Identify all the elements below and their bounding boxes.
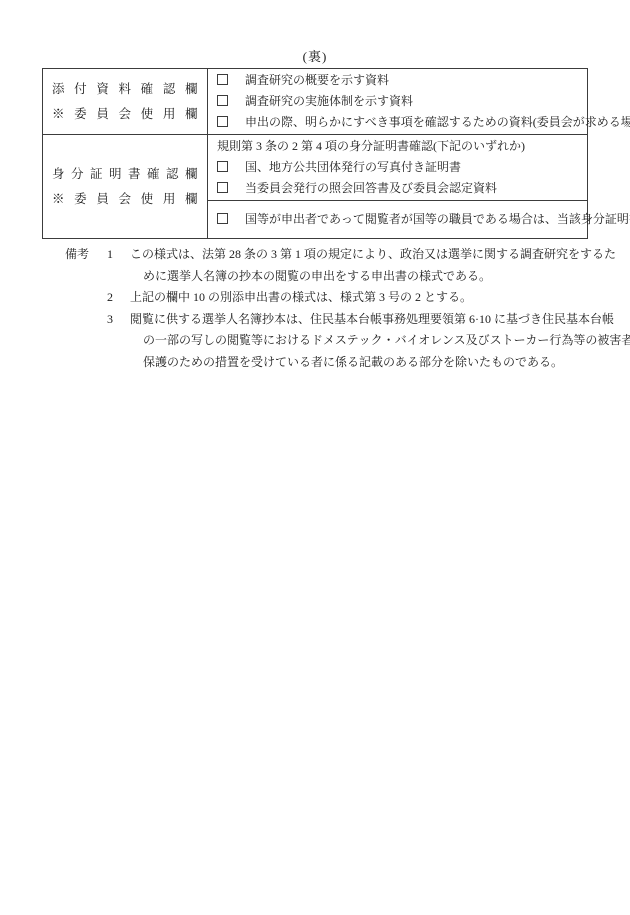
note-line: 上記の欄中 10 の別添申出書の様式は、様式第 3 号の 2 とする。 <box>130 287 472 309</box>
note-line: めに選挙人名簿の抄本の閲覧の申出をする申出書の様式である。 <box>130 266 616 288</box>
id-header-cell: 身 分 証 明 書 確 認 欄 ※ 委 員 会 使 用 欄 <box>43 135 208 239</box>
note-line: 閲覧に供する選挙人名簿抄本は、住民基本台帳事務処理要領第 6·10 に基づき住民… <box>130 309 630 331</box>
note-line: この様式は、法第 28 条の 3 第 1 項の規定により、政治又は選挙に関する調… <box>130 244 616 266</box>
attachment-header-line2: ※ 委 員 会 使 用 欄 <box>52 102 198 127</box>
checkbox-row: 調査研究の実施体制を示す資料 <box>217 91 581 112</box>
note-item-2: 2 上記の欄中 10 の別添申出書の様式は、様式第 3 号の 2 とする。 <box>107 287 630 309</box>
checkbox-row: 国、地方公共団体発行の写真付き証明書 <box>217 157 581 178</box>
checkbox-row: 申出の際、明らかにすべき事項を確認するための資料(委員会が求める場合) <box>217 112 581 133</box>
checkbox-label: 当委員会発行の照会回答書及び委員会認定資料 <box>245 181 497 195</box>
note-item-3: 3 閲覧に供する選挙人名簿抄本は、住民基本台帳事務処理要領第 6·10 に基づき… <box>107 309 630 374</box>
checkbox-label: 国、地方公共団体発行の写真付き証明書 <box>245 160 461 174</box>
note-text: この様式は、法第 28 条の 3 第 1 項の規定により、政治又は選挙に関する調… <box>130 244 616 287</box>
notes-items: 1 この様式は、法第 28 条の 3 第 1 項の規定により、政治又は選挙に関す… <box>107 244 630 373</box>
note-line: の一部の写しの閲覧等におけるドメステック・バイオレンス及びストーカー行為等の被害… <box>130 330 630 352</box>
note-text: 上記の欄中 10 の別添申出書の様式は、様式第 3 号の 2 とする。 <box>130 287 472 309</box>
id-caption: 規則第 3 条の 2 第 4 項の身分証明書確認(下記のいずれか) <box>217 136 581 157</box>
id-header-line2: ※ 委 員 会 使 用 欄 <box>52 187 198 212</box>
checkbox-label: 調査研究の概要を示す資料 <box>245 73 389 87</box>
id-items-upper-cell: 規則第 3 条の 2 第 4 項の身分証明書確認(下記のいずれか) 国、地方公共… <box>208 135 588 201</box>
note-number: 3 <box>107 309 130 331</box>
notes-label: 備考 <box>65 244 107 266</box>
id-items-lower-cell: 国等が申出者であって閲覧者が国等の職員である場合は、当該身分証明書 <box>208 201 588 239</box>
note-number: 1 <box>107 244 130 266</box>
note-number: 2 <box>107 287 130 309</box>
attachment-header-line1: 添 付 資 料 確 認 欄 <box>52 77 198 102</box>
checkbox-row: 国等が申出者であって閲覧者が国等の職員である場合は、当該身分証明書 <box>217 209 581 230</box>
notes-section: 備考 1 この様式は、法第 28 条の 3 第 1 項の規定により、政治又は選挙… <box>65 244 605 373</box>
checkbox[interactable] <box>217 95 228 106</box>
checkbox[interactable] <box>217 161 228 172</box>
document-page: (裏) 添 付 資 料 確 認 欄 ※ 委 員 会 使 用 欄 調査研究の概要を… <box>0 0 630 915</box>
note-line: 保護のための措置を受けている者に係る記載のある部分を除いたものである。 <box>130 352 630 374</box>
checkbox-label: 調査研究の実施体制を示す資料 <box>245 94 413 108</box>
note-item-1: 1 この様式は、法第 28 条の 3 第 1 項の規定により、政治又は選挙に関す… <box>107 244 630 287</box>
checkbox-label: 国等が申出者であって閲覧者が国等の職員である場合は、当該身分証明書 <box>245 212 630 226</box>
attachment-header-cell: 添 付 資 料 確 認 欄 ※ 委 員 会 使 用 欄 <box>43 69 208 135</box>
note-text: 閲覧に供する選挙人名簿抄本は、住民基本台帳事務処理要領第 6·10 に基づき住民… <box>130 309 630 374</box>
checkbox-label: 申出の際、明らかにすべき事項を確認するための資料(委員会が求める場合) <box>245 115 630 129</box>
id-header-line1: 身 分 証 明 書 確 認 欄 <box>52 162 198 187</box>
page-side-label: (裏) <box>0 46 630 65</box>
checkbox-row: 調査研究の概要を示す資料 <box>217 70 581 91</box>
confirmation-table: 添 付 資 料 確 認 欄 ※ 委 員 会 使 用 欄 調査研究の概要を示す資料… <box>42 68 588 239</box>
id-verification-row-upper: 身 分 証 明 書 確 認 欄 ※ 委 員 会 使 用 欄 規則第 3 条の 2… <box>43 135 588 201</box>
checkbox-row: 当委員会発行の照会回答書及び委員会認定資料 <box>217 178 581 199</box>
checkbox[interactable] <box>217 116 228 127</box>
checkbox[interactable] <box>217 213 228 224</box>
attachment-row: 添 付 資 料 確 認 欄 ※ 委 員 会 使 用 欄 調査研究の概要を示す資料… <box>43 69 588 135</box>
checkbox[interactable] <box>217 182 228 193</box>
attachment-items-cell: 調査研究の概要を示す資料 調査研究の実施体制を示す資料 申出の際、明らかにすべき… <box>208 69 588 135</box>
checkbox[interactable] <box>217 74 228 85</box>
